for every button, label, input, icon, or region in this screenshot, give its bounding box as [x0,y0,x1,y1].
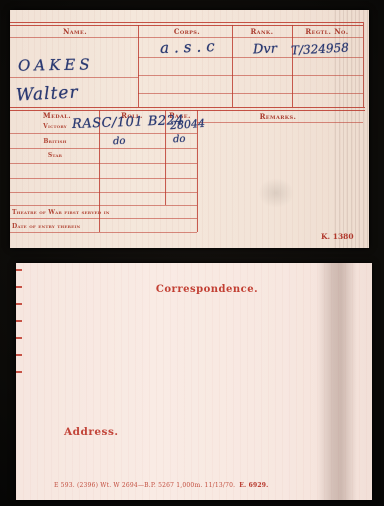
name-column-header: Name. [45,27,105,36]
rule [10,218,197,219]
victory-roll-handwriting: RASC/101 B224 [72,113,185,132]
forename-handwriting: Walter [16,82,80,105]
british-page-ditto-handwriting: do [173,134,186,145]
rule [10,232,197,233]
rule [292,25,293,107]
rule [10,178,197,179]
rule [138,57,363,58]
rule [10,107,365,108]
rule [138,75,363,76]
surname-handwriting: OAKES [18,55,94,74]
victory-page-handwriting: 28044 [170,117,206,132]
rank-column-header: Rank. [232,27,292,36]
address-heading: Address. [64,426,119,438]
british-roll-ditto-handwriting: do [113,136,126,147]
theatre-of-war-label: Theatre of War first served in [12,209,110,216]
correspondence-card: Correspondence. Address. E 593. (2396) W… [16,263,372,500]
rule [10,77,138,78]
corps-column-header: Corps. [157,27,217,36]
rule [10,22,363,23]
correspondence-heading: Correspondence. [137,284,277,295]
scan-shadow-band [317,263,357,500]
medal-row-star-label: Star [25,152,85,159]
footer-form-code: E. 6929. [239,482,268,489]
medal-row-british-label: British [25,138,85,145]
left-edge-rule-ticks [16,269,22,387]
corps-handwriting: a.s.c [160,37,220,57]
date-of-entry-label: Date of entry therein [12,223,80,230]
rule [10,148,197,149]
top-card-form-code: K. 1380 [321,232,354,241]
medal-index-card: Name. Corps. Rank. Regtl. No. OAKES Walt… [10,10,369,248]
rule [232,25,233,107]
paper-stain [258,178,294,208]
rule [10,133,197,134]
rule [10,205,197,206]
rank-handwriting: Dvr [253,42,277,58]
print-code-footer: E 593. (2396) Wt. W 2694—B.P. 5267 1,000… [54,482,268,489]
scanned-medal-card-image: Name. Corps. Rank. Regtl. No. OAKES Walt… [0,0,384,506]
rule [10,163,197,164]
rule [138,93,363,94]
regtl-no-column-header: Regtl. No. [297,27,357,36]
remarks-column-header: Remarks. [248,112,308,121]
rule [10,192,197,193]
rule [10,25,363,26]
footer-print-code: E 593. (2396) Wt. W 2694—B.P. 5267 1,000… [54,482,235,489]
rule [138,25,139,107]
